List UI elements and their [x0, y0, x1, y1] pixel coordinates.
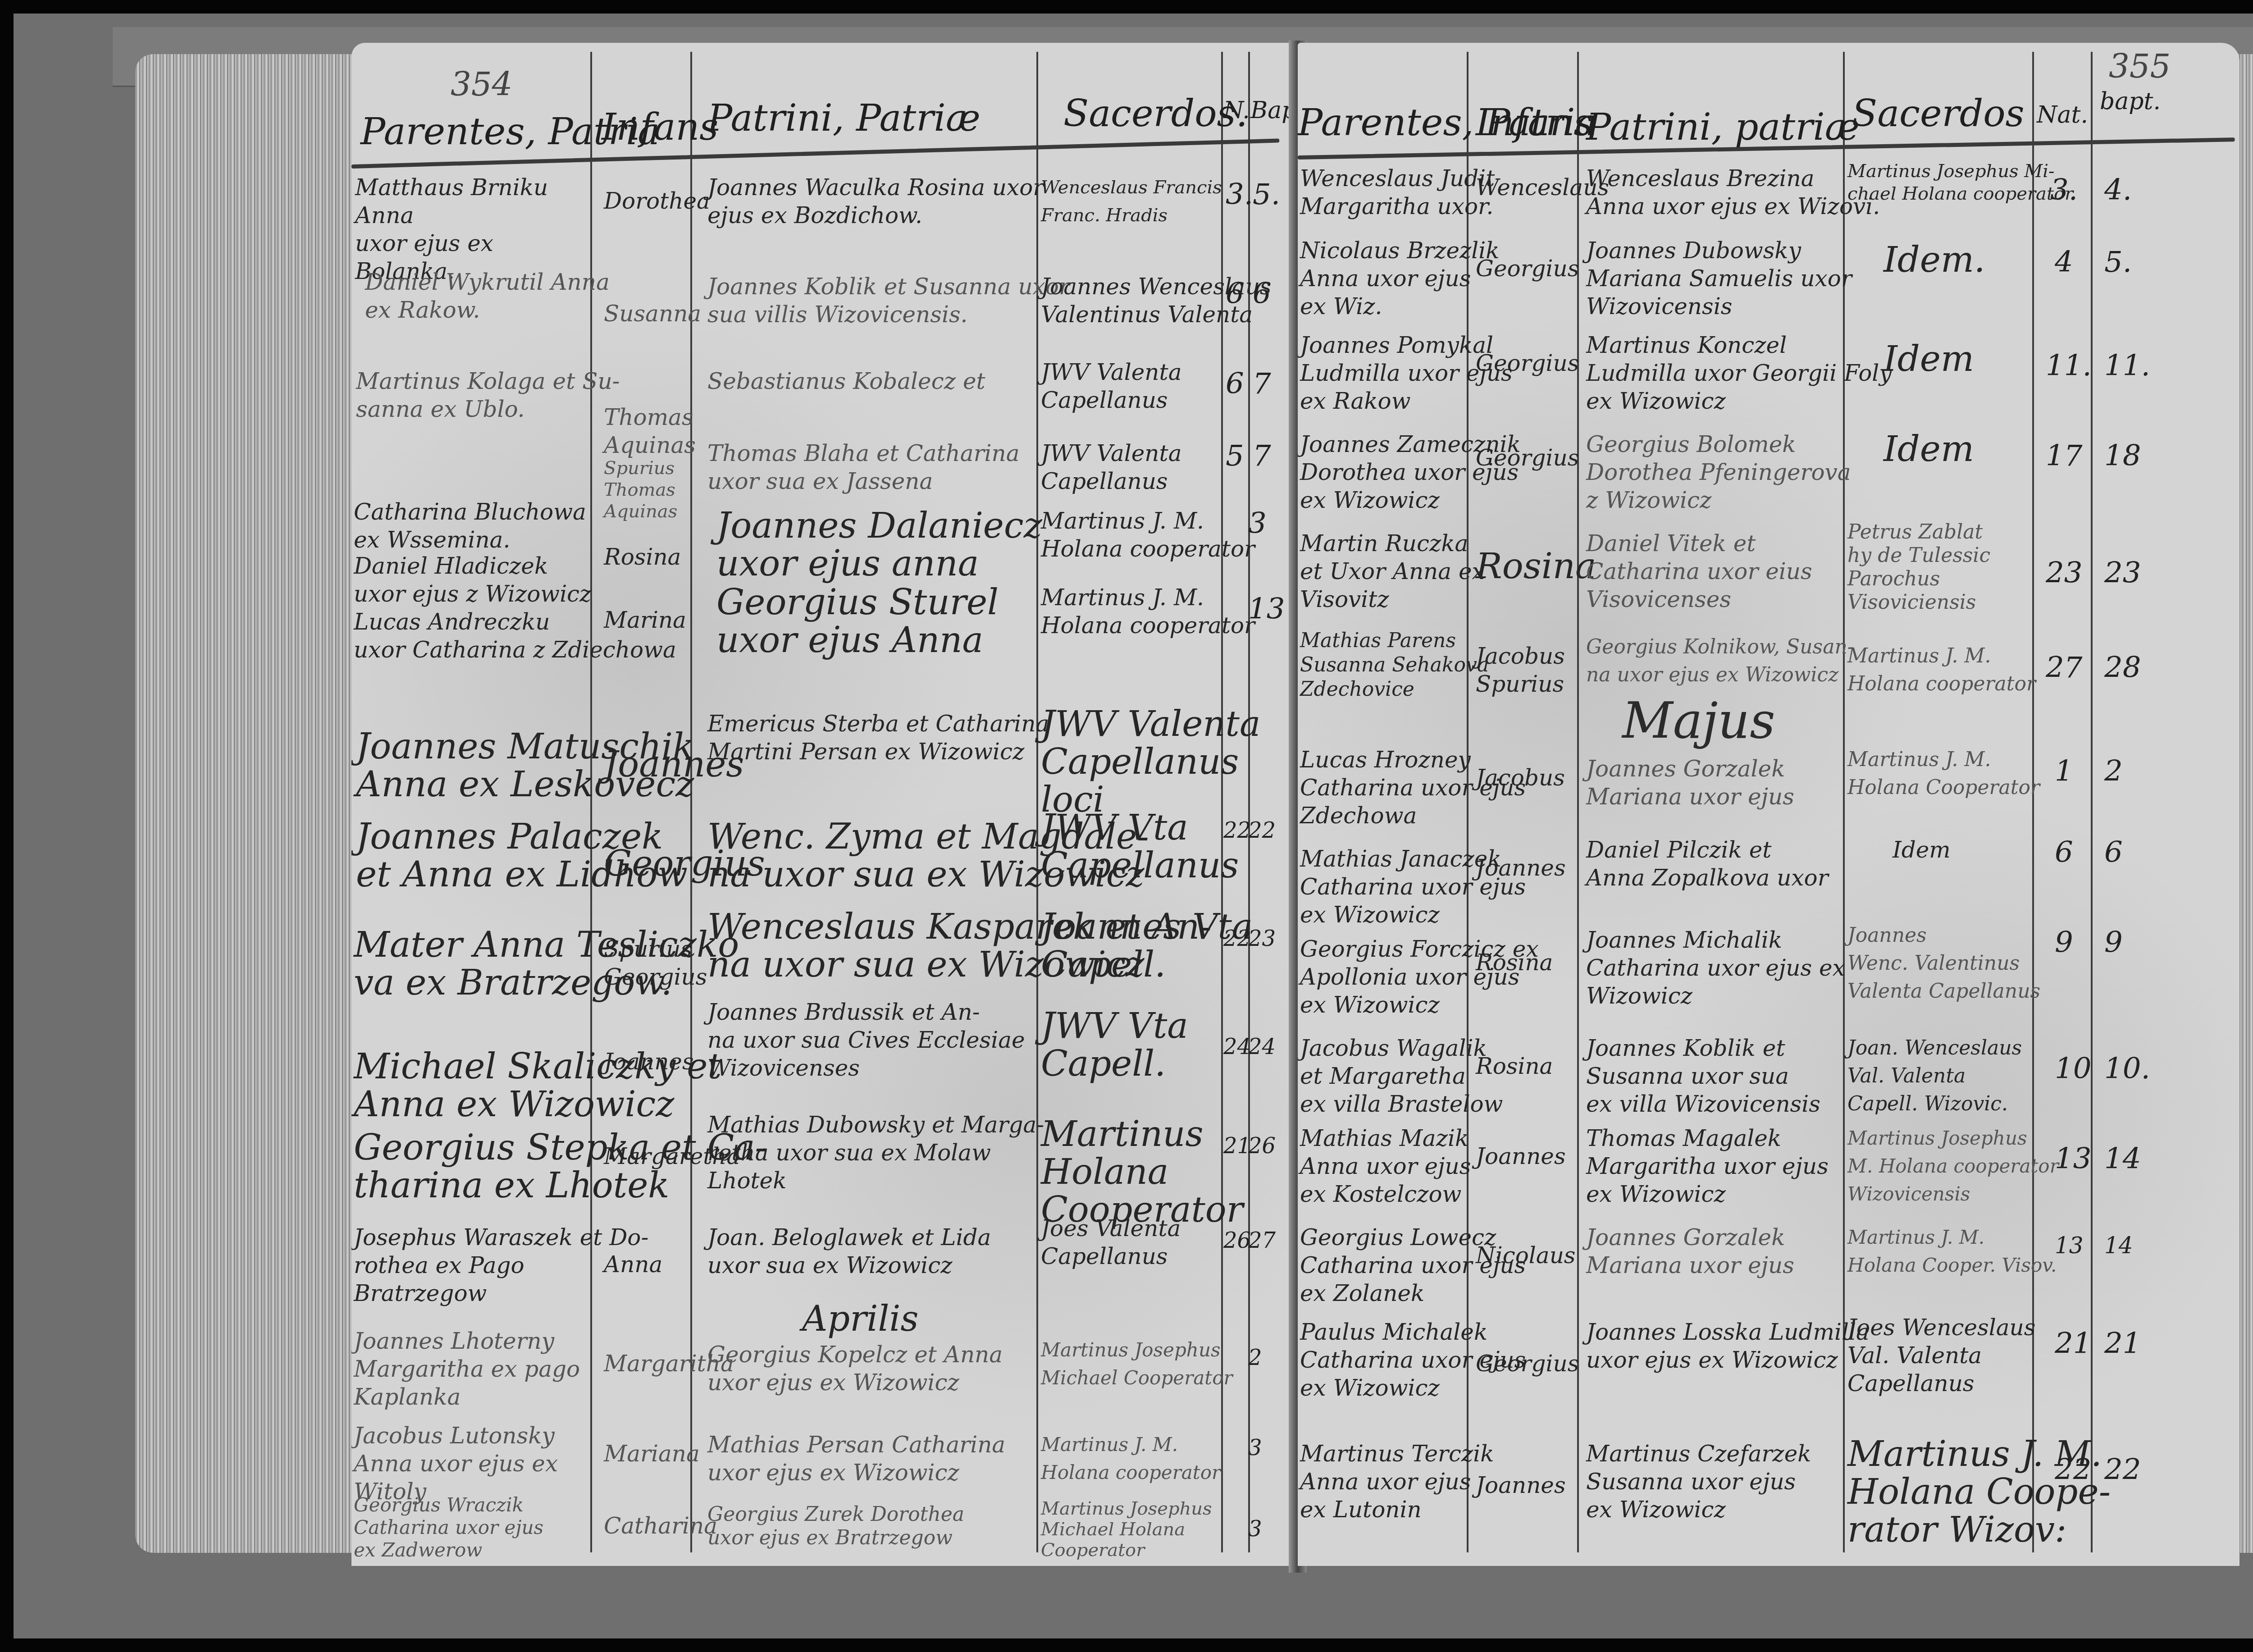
entry-sacerdos: Idem: [1884, 430, 1974, 468]
entry-infans: Mariana: [604, 1440, 700, 1468]
right-page: 355 Parentes, Patria Infans Patrini, pat…: [1298, 43, 2239, 1566]
entry-nat: 3.: [1226, 178, 1253, 211]
entry-sacerdos: Martinus Holana Cooperator: [1041, 1115, 1307, 1229]
entry-infans: Georgius: [1476, 349, 1579, 377]
entry-patrini: Georgius Zurek Dorothea uxor ejus ex Bra…: [707, 1503, 964, 1550]
entry-parents: Catharina Bluchowa ex Wssemina.: [354, 498, 586, 554]
entry-patrini: Mathias Dubowsky et Marga- retha uxor su…: [707, 1111, 1044, 1195]
entry-patrini: Joannes Losska Ludmilla uxor ejus ex Wiz…: [1586, 1318, 1870, 1374]
entry-parents: Daniel Wykrutil Anna ex Rakow.: [365, 268, 610, 324]
entry-patrini: Joannes Brdussik et An- na uxor sua Cive…: [707, 998, 1025, 1082]
entry-parents: Jacobus Wagalik et Margaretha ex villa B…: [1300, 1034, 1503, 1118]
entry-nat: 6: [1226, 277, 1244, 310]
entry-infans: Joannes: [604, 1048, 694, 1076]
entry-bapt: 5.: [1253, 178, 1280, 211]
entry-nat: 3.: [2050, 173, 2078, 207]
entry-infans: Anna: [604, 1250, 662, 1278]
header-infans: Infans: [602, 106, 718, 149]
entry-parents: Mathias Parens Susanna Sehakova Zdechovi…: [1300, 629, 1489, 702]
entry-infans: Joannes: [1476, 1142, 1566, 1170]
entry-sacerdos: Wenceslaus Francis Franc. Hradis: [1041, 173, 1222, 229]
entry-patrini: Georgius Sturel uxor ejus Anna: [716, 584, 999, 659]
entry-sacerdos: Martinus J. M. Holana cooperator: [1041, 584, 1255, 639]
entry-infans: Nicolaus: [1476, 1241, 1576, 1269]
entry-nat: 17: [2046, 439, 2082, 473]
entry-infans: Georgius: [1476, 444, 1579, 472]
entry-patrini: Daniel Pilczik et Anna Zopalkova uxor: [1586, 836, 1829, 892]
entry-patrini: Joannes Gorzalek Mariana uxor ejus: [1586, 1223, 1794, 1279]
entry-infans: Marina: [604, 606, 686, 634]
entry-sacerdos: Idem.: [1884, 241, 1985, 279]
entry-sacerdos: Martinus J. M. Holana cooperator: [1041, 1431, 1221, 1487]
entry-sacerdos: Martinus Josephus Michael Cooperator: [1041, 1336, 1233, 1392]
entry-parents: Joannes Zamecznik Dorothea uxor ejus ex …: [1300, 430, 1521, 514]
entry-parents: Georgius Forczicz ex Apollonia uxor ejus…: [1300, 935, 1539, 1019]
entry-sacerdos: Joannes Vta Capell.: [1041, 908, 1253, 984]
entry-nat: 13: [2055, 1232, 2084, 1259]
entry-nat: 13: [2055, 1142, 2091, 1176]
entry-nat: 22: [1223, 926, 1251, 951]
entry-patrini: Joannes Koblik et Susanna uxor sua villi…: [707, 273, 1070, 329]
entry-sacerdos: Martinus J. M. Holana Coope- rator Wizov…: [1847, 1435, 2111, 1549]
entry-infans: Joannes: [1476, 1471, 1566, 1499]
entry-patrini: Emericus Sterba et Catharina Martini Per…: [707, 710, 1049, 766]
header-infans: Infans: [1476, 101, 1592, 144]
entry-patrini: Georgius Kopelcz et Anna uxor ejus ex Wi…: [707, 1341, 1003, 1396]
entry-bapt: 7: [1253, 439, 1271, 473]
entry-infans: Thomas Aquinas: [604, 403, 696, 459]
entry-bapt: 21: [2104, 1327, 2141, 1360]
entry-sacerdos: Martinus J. M. Holana Cooperator: [1847, 746, 2040, 802]
entry-patrini: Daniel Vitek et Catharina uxor eius Viso…: [1586, 529, 1812, 613]
entry-sacerdos: Martinus Josephus M. Holana cooperator W…: [1847, 1124, 2059, 1208]
entry-parents: Martin Ruczka et Uxor Anna ex Visovitz: [1300, 529, 1485, 613]
header-bapt: bapt.: [2100, 88, 2161, 115]
entry-parents: Nicolaus Brzezlik Anna uxor ejus ex Wiz.: [1300, 237, 1500, 320]
entry-bapt: 10.: [2104, 1052, 2150, 1086]
entry-bapt: 9: [2104, 926, 2123, 959]
entry-nat: 22: [1223, 818, 1251, 843]
entry-parents: Wenceslaus Judit Margaritha uxor.: [1300, 164, 1495, 220]
entry-bapt: 14: [2104, 1142, 2141, 1176]
entry-bapt: 23: [1248, 926, 1276, 951]
entry-sacerdos: JWV Vta Capellanus: [1041, 809, 1239, 885]
entry-sacerdos: Martinus Josephus Michael Holana Coopera…: [1041, 1498, 1212, 1561]
entry-bapt: 26: [1248, 1133, 1276, 1159]
entry-nat: 1: [2055, 755, 2073, 788]
entry-patrini: Thomas Blaha et Catharina uxor sua ex Ja…: [707, 439, 1020, 495]
entry-sacerdos: Martinus J. M. Holana cooperator: [1847, 642, 2036, 698]
entry-infans: Jacobus: [1476, 764, 1565, 792]
entry-parents: Jacobus Lutonsky Anna uxor ejus ex Witol…: [354, 1422, 558, 1506]
entry-infans: Catharina: [604, 1512, 717, 1540]
entry-sacerdos: Joes Valenta Capellanus: [1041, 1214, 1181, 1270]
entry-bapt: 24: [1248, 1034, 1276, 1059]
entry-patrini: Wenceslaus Brezina Anna uxor ejus ex Wiz…: [1586, 164, 1880, 220]
entry-bapt: 7: [1253, 367, 1271, 401]
entry-patrini: Joannes Dalaniecz uxor ejus anna: [716, 507, 1042, 583]
entry-nat: 5: [1226, 439, 1244, 473]
entry-infans: Rosina: [1476, 548, 1596, 585]
entry-parents: Joannes Lhoterny Margaritha ex pago Kapl…: [354, 1327, 580, 1411]
entry-bapt: 5.: [2104, 246, 2132, 279]
entry-nat: 21: [1223, 1133, 1251, 1159]
month-note-majus: Majus: [1622, 692, 1775, 749]
entry-nat: 22: [2055, 1453, 2091, 1487]
entry-patrini: Martinus Konczel Ludmilla uxor Georgii F…: [1586, 331, 1892, 415]
entry-patrini: Georgius Kolnikow, Susan- na uxor ejus e…: [1586, 633, 1854, 689]
entry-patrini: Joannes Gorzalek Mariana uxor ejus: [1586, 755, 1794, 811]
entry-infans: Spurius Thomas Aquinas: [604, 457, 677, 522]
entry-infans: Joannes: [1476, 854, 1566, 882]
entry-bapt: 6: [2104, 836, 2123, 869]
entry-sacerdos: Martinus J. M. Holana Cooper. Visov.: [1847, 1223, 2057, 1279]
entry-infans: Dorothea: [604, 187, 710, 215]
entry-nat: 24: [1223, 1034, 1251, 1059]
left-page: 354 Parentes, Patria Infans Patrini, Pat…: [351, 43, 1307, 1566]
entry-patrini: Mathias Persan Catharina uxor ejus ex Wi…: [707, 1431, 1005, 1487]
entry-patrini: Joannes Michalik Catharina uxor ejus ex …: [1586, 926, 1845, 1010]
entry-sacerdos: Joes Wenceslaus Val. Valenta Capellanus: [1847, 1314, 2035, 1397]
entry-nat: 6: [1226, 367, 1244, 401]
entry-bapt: 22: [1248, 818, 1276, 843]
entry-sacerdos: Petrus Zablat hy de Tulessic Parochus Vi…: [1847, 520, 1990, 614]
entry-bapt: 6: [1253, 277, 1271, 310]
entry-parents: Martinus Kolaga et Su- sanna ex Ublo.: [356, 367, 620, 423]
entry-nat: 27: [2046, 651, 2082, 685]
entry-sacerdos: JWV Valenta Capellanus: [1041, 358, 1181, 414]
header-patrini: Patrini, Patriæ: [707, 97, 981, 140]
entry-sacerdos: Joannes Wenc. Valentinus Valenta Capella…: [1847, 922, 2040, 1005]
entry-patrini: Joannes Dubowsky Mariana Samuelis uxor W…: [1586, 237, 1852, 320]
entry-bapt: 4.: [2104, 173, 2132, 207]
page-number: 355: [2109, 47, 2171, 85]
entry-patrini: Sebastianus Kobalecz et: [707, 367, 985, 395]
entry-bapt: 18: [2104, 439, 2141, 473]
entry-infans: Georgius: [1476, 255, 1579, 283]
entry-sacerdos: Idem: [1893, 836, 1951, 864]
entry-bapt: 3: [1248, 507, 1267, 540]
entry-patrini: Georgius Bolomek Dorothea Pfeningerova z…: [1586, 430, 1851, 514]
entry-parents: Mathias Mazik Anna uxor ejus ex Kostelcz…: [1300, 1124, 1471, 1208]
entry-bapt: 2: [1248, 1345, 1262, 1370]
entry-sacerdos: Martinus J. M. Holana cooperator: [1041, 507, 1255, 563]
header-nat: N.: [1223, 97, 1250, 124]
header-sacerdos: Sacerdos.: [1063, 92, 1248, 135]
entry-nat: 6: [2055, 836, 2073, 869]
entry-infans: Susanna: [604, 300, 701, 328]
entry-bapt: 2: [2104, 755, 2123, 788]
entry-nat: 11.: [2046, 349, 2092, 383]
entry-nat: 9: [2055, 926, 2073, 959]
entry-nat: 4: [2055, 246, 2073, 279]
entry-patrini: Martinus Czefarzek Susanna uxor ejus ex …: [1586, 1440, 1811, 1524]
entry-bapt: 3: [1248, 1435, 1262, 1460]
entry-bapt: 28: [2104, 651, 2141, 685]
entry-patrini: Joannes Waculka Rosina uxor ejus ex Bozd…: [707, 173, 1044, 229]
entry-infans: Georgius: [1476, 1350, 1579, 1378]
entry-patrini: Joan. Beloglawek et Lida uxor sua ex Wiz…: [707, 1223, 991, 1279]
entry-bapt: 22: [2104, 1453, 2141, 1487]
entry-nat: 21: [2055, 1327, 2091, 1360]
month-note-aprilis: Aprilis: [802, 1300, 918, 1338]
entry-parents: Martinus Terczik Anna uxor ejus ex Luton…: [1300, 1440, 1494, 1524]
entry-sacerdos: Joan. Wenceslaus Val. Valenta Capell. Wi…: [1847, 1034, 2022, 1118]
entry-infans: Jacobus Spurius: [1476, 642, 1565, 698]
entry-bapt: 27: [1248, 1228, 1276, 1253]
entry-infans: Spurius Georgius: [604, 935, 707, 991]
entry-bapt: 11.: [2104, 349, 2150, 383]
entry-sacerdos: JWV Vta Capell.: [1041, 1007, 1188, 1083]
header-patrini: Patrini, patriæ: [1586, 106, 1860, 149]
page-number: 354: [451, 65, 512, 103]
entry-sacerdos: Martinus Josephus Mi- chael Holana coope…: [1847, 160, 2073, 205]
entry-infans: Rosina: [1476, 949, 1553, 977]
entry-sacerdos: JWV Valenta Capellanus loci: [1041, 705, 1260, 819]
entry-bapt: 23: [2104, 557, 2141, 590]
entry-nat: 26: [1223, 1228, 1251, 1253]
entry-parents: Georgius Wraczik Catharina uxor ejus ex …: [354, 1494, 543, 1561]
entry-infans: Rosina: [1476, 1052, 1553, 1080]
entry-patrini: Thomas Magalek Margaritha uxor ejus ex W…: [1586, 1124, 1829, 1208]
entry-bapt: 14: [2104, 1232, 2133, 1259]
entry-nat: 23: [2046, 557, 2082, 590]
entry-sacerdos: Idem: [1884, 340, 1974, 378]
entry-bapt: 3: [1248, 1516, 1262, 1542]
header-sacerdos: Sacerdos: [1852, 92, 2025, 135]
entry-patrini: Joannes Koblik et Susanna uxor sua ex vi…: [1586, 1034, 1820, 1118]
entry-sacerdos: JWV Valenta Capellanus: [1041, 439, 1181, 495]
left-page-stack-edge: [135, 54, 351, 1553]
header-nat: Nat.: [2037, 101, 2088, 128]
entry-nat: 10: [2055, 1052, 2091, 1086]
entry-bapt: 13: [1248, 593, 1285, 626]
